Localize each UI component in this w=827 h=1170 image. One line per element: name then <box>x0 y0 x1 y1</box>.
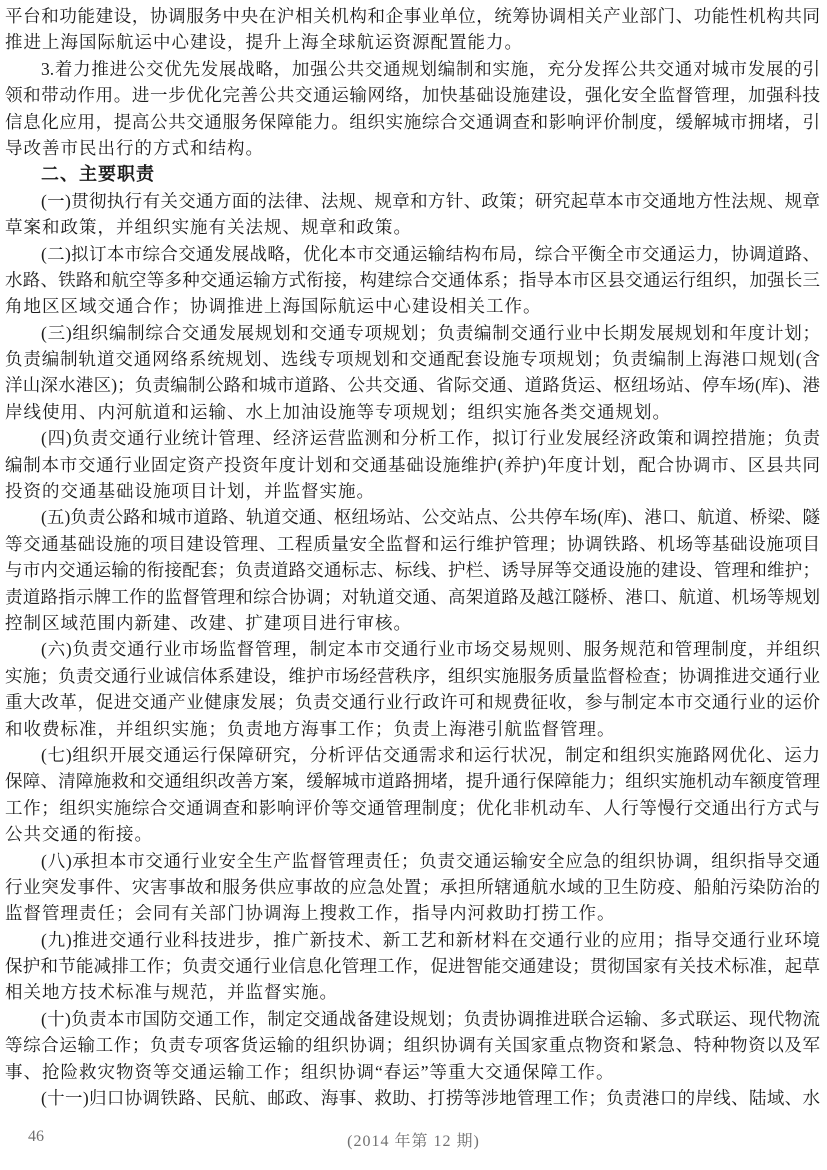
text-line: 洋山深水港区)；负责编制公路和城市道路、公共交通、省际交通、道路货运、枢纽场站、… <box>5 372 820 398</box>
text-line: 投资的交通基础设施项目计划，并监督实施。 <box>5 478 820 504</box>
text-line: 编制本市交通行业固定资产投资年度计划和交通基础设施维护(养护)年度计划，配合协调… <box>5 452 820 478</box>
text-line: (六)负责交通行业市场监督管理，制定本市交通行业市场交易规则、服务规范和管理制度… <box>5 636 820 662</box>
page-footer: 46 (2014 年第 12 期) <box>0 1128 827 1154</box>
text-line: (一)贯彻执行有关交通方面的法律、法规、规章和方针、政策；研究起草本市交通地方性… <box>5 188 820 214</box>
section-heading: 二、主要职责 <box>5 161 820 187</box>
text-line: 监督管理责任；会同有关部门协调海上搜救工作，指导内河救助打捞工作。 <box>5 900 820 926</box>
text-line: 3.着力推进公交优先发展战略，加强公共交通规划编制和实施，充分发挥公共交通对城市… <box>5 56 820 82</box>
document-text-block: 平台和功能建设，协调服务中央在沪相关机构和企事业单位，统筹协调相关产业部门、功能… <box>5 3 820 1111</box>
text-line: (十)负责本市国防交通工作，制定交通战备建设规划；负责协调推进联合运输、多式联运… <box>5 1006 820 1032</box>
text-line: 行业突发事件、灾害事故和服务供应事故的应急处置；承担所辖通航水域的卫生防疫、船舶… <box>5 874 820 900</box>
text-line: (八)承担本市交通行业安全生产监督管理责任；负责交通运输安全应急的组织协调，组织… <box>5 848 820 874</box>
text-line: 保障、清障施救和交通组织改善方案，缓解城市道路拥堵，提升通行保障能力；组织实施机… <box>5 768 820 794</box>
text-line: 重大改革，促进交通产业健康发展；负责交通行业行政许可和规费征收，参与制定本市交通… <box>5 689 820 715</box>
text-line: 推进上海国际航运中心建设，提升上海全球航运资源配置能力。 <box>5 29 820 55</box>
text-line: 领和带动作用。进一步优化完善公共交通运输网络，加快基础设施建设，强化安全监督管理… <box>5 82 820 108</box>
text-line: (七)组织开展交通运行保障研究，分析评估交通需求和运行状况，制定和组织实施路网优… <box>5 742 820 768</box>
text-line: (十一)归口协调铁路、民航、邮政、海事、救助、打捞等涉地管理工作；负责港口的岸线… <box>5 1085 820 1111</box>
text-line: 草案和政策，并组织实施有关法规、规章和政策。 <box>5 214 820 240</box>
text-line: 实施；负责交通行业诚信体系建设，维护市场经营秩序，组织实施服务质量监督检查；协调… <box>5 663 820 689</box>
text-line: 平台和功能建设，协调服务中央在沪相关机构和企事业单位，统筹协调相关产业部门、功能… <box>5 3 820 29</box>
text-line: 控制区域范围内新建、改建、扩建项目进行审核。 <box>5 610 820 636</box>
text-line: 公共交通的衔接。 <box>5 821 820 847</box>
text-line: (三)组织编制综合交通发展规划和交通专项规划；负责编制交通行业中长期发展规划和年… <box>5 320 820 346</box>
text-line: 负责编制轨道交通网络系统规划、选线专项规划和交通配套设施专项规划；负责编制上海港… <box>5 346 820 372</box>
text-line: 与市内交通运输的衔接配套；负责道路交通标志、标线、护栏、诱导屏等交通设施的建设、… <box>5 557 820 583</box>
text-line: (四)负责交通行业统计管理、经济运营监测和分析工作，拟订行业发展经济政策和调控措… <box>5 425 820 451</box>
text-line: 和收费标准，并组织实施；负责地方海事工作；负责上海港引航监督管理。 <box>5 716 820 742</box>
text-line: (九)推进交通行业科技进步，推广新技术、新工艺和新材料在交通行业的应用；指导交通… <box>5 927 820 953</box>
text-line: 岸线使用、内河航道和运输、水上加油设施等专项规划；组织实施各类交通规划。 <box>5 399 820 425</box>
text-line: 等综合运输工作；负责专项客货运输的组织协调；组织协调有关国家重点物资和紧急、特种… <box>5 1032 820 1058</box>
text-line: 信息化应用，提高公共交通服务保障能力。组织实施综合交通调查和影响评价制度，缓解城… <box>5 109 820 135</box>
text-line: 责道路指示牌工作的监督管理和综合协调；对轨道交通、高架道路及越江隧桥、港口、航道… <box>5 584 820 610</box>
text-line: 角地区区域交通合作；协调推进上海国际航运中心建设相关工作。 <box>5 293 820 319</box>
text-line: 导改善市民出行的方式和结构。 <box>5 135 820 161</box>
text-line: 保护和节能减排工作；负责交通行业信息化管理工作，促进智能交通建设；贯彻国家有关技… <box>5 953 820 979</box>
text-line: (二)拟订本市综合交通发展战略，优化本市交通运输结构布局，综合平衡全市交通运力，… <box>5 241 820 267</box>
issue-label: (2014 年第 12 期) <box>0 1128 827 1151</box>
text-line: 事、抢险救灾物资等交通运输工作；组织协调“春运”等重大交通保障工作。 <box>5 1059 820 1085</box>
text-line: 等交通基础设施的项目建设管理、工程质量安全监督和运行维护管理；协调铁路、机场等基… <box>5 531 820 557</box>
text-line: 工作；组织实施综合交通调查和影响评价等交通管理制度；优化非机动车、人行等慢行交通… <box>5 795 820 821</box>
text-line: (五)负责公路和城市道路、轨道交通、枢纽场站、公交站点、公共停车场(库)、港口、… <box>5 504 820 530</box>
text-line: 水路、铁路和航空等多种交通运输方式衔接，构建综合交通体系；指导本市区县交通运行组… <box>5 267 820 293</box>
text-line: 相关地方技术标准与规范，并监督实施。 <box>5 979 820 1005</box>
